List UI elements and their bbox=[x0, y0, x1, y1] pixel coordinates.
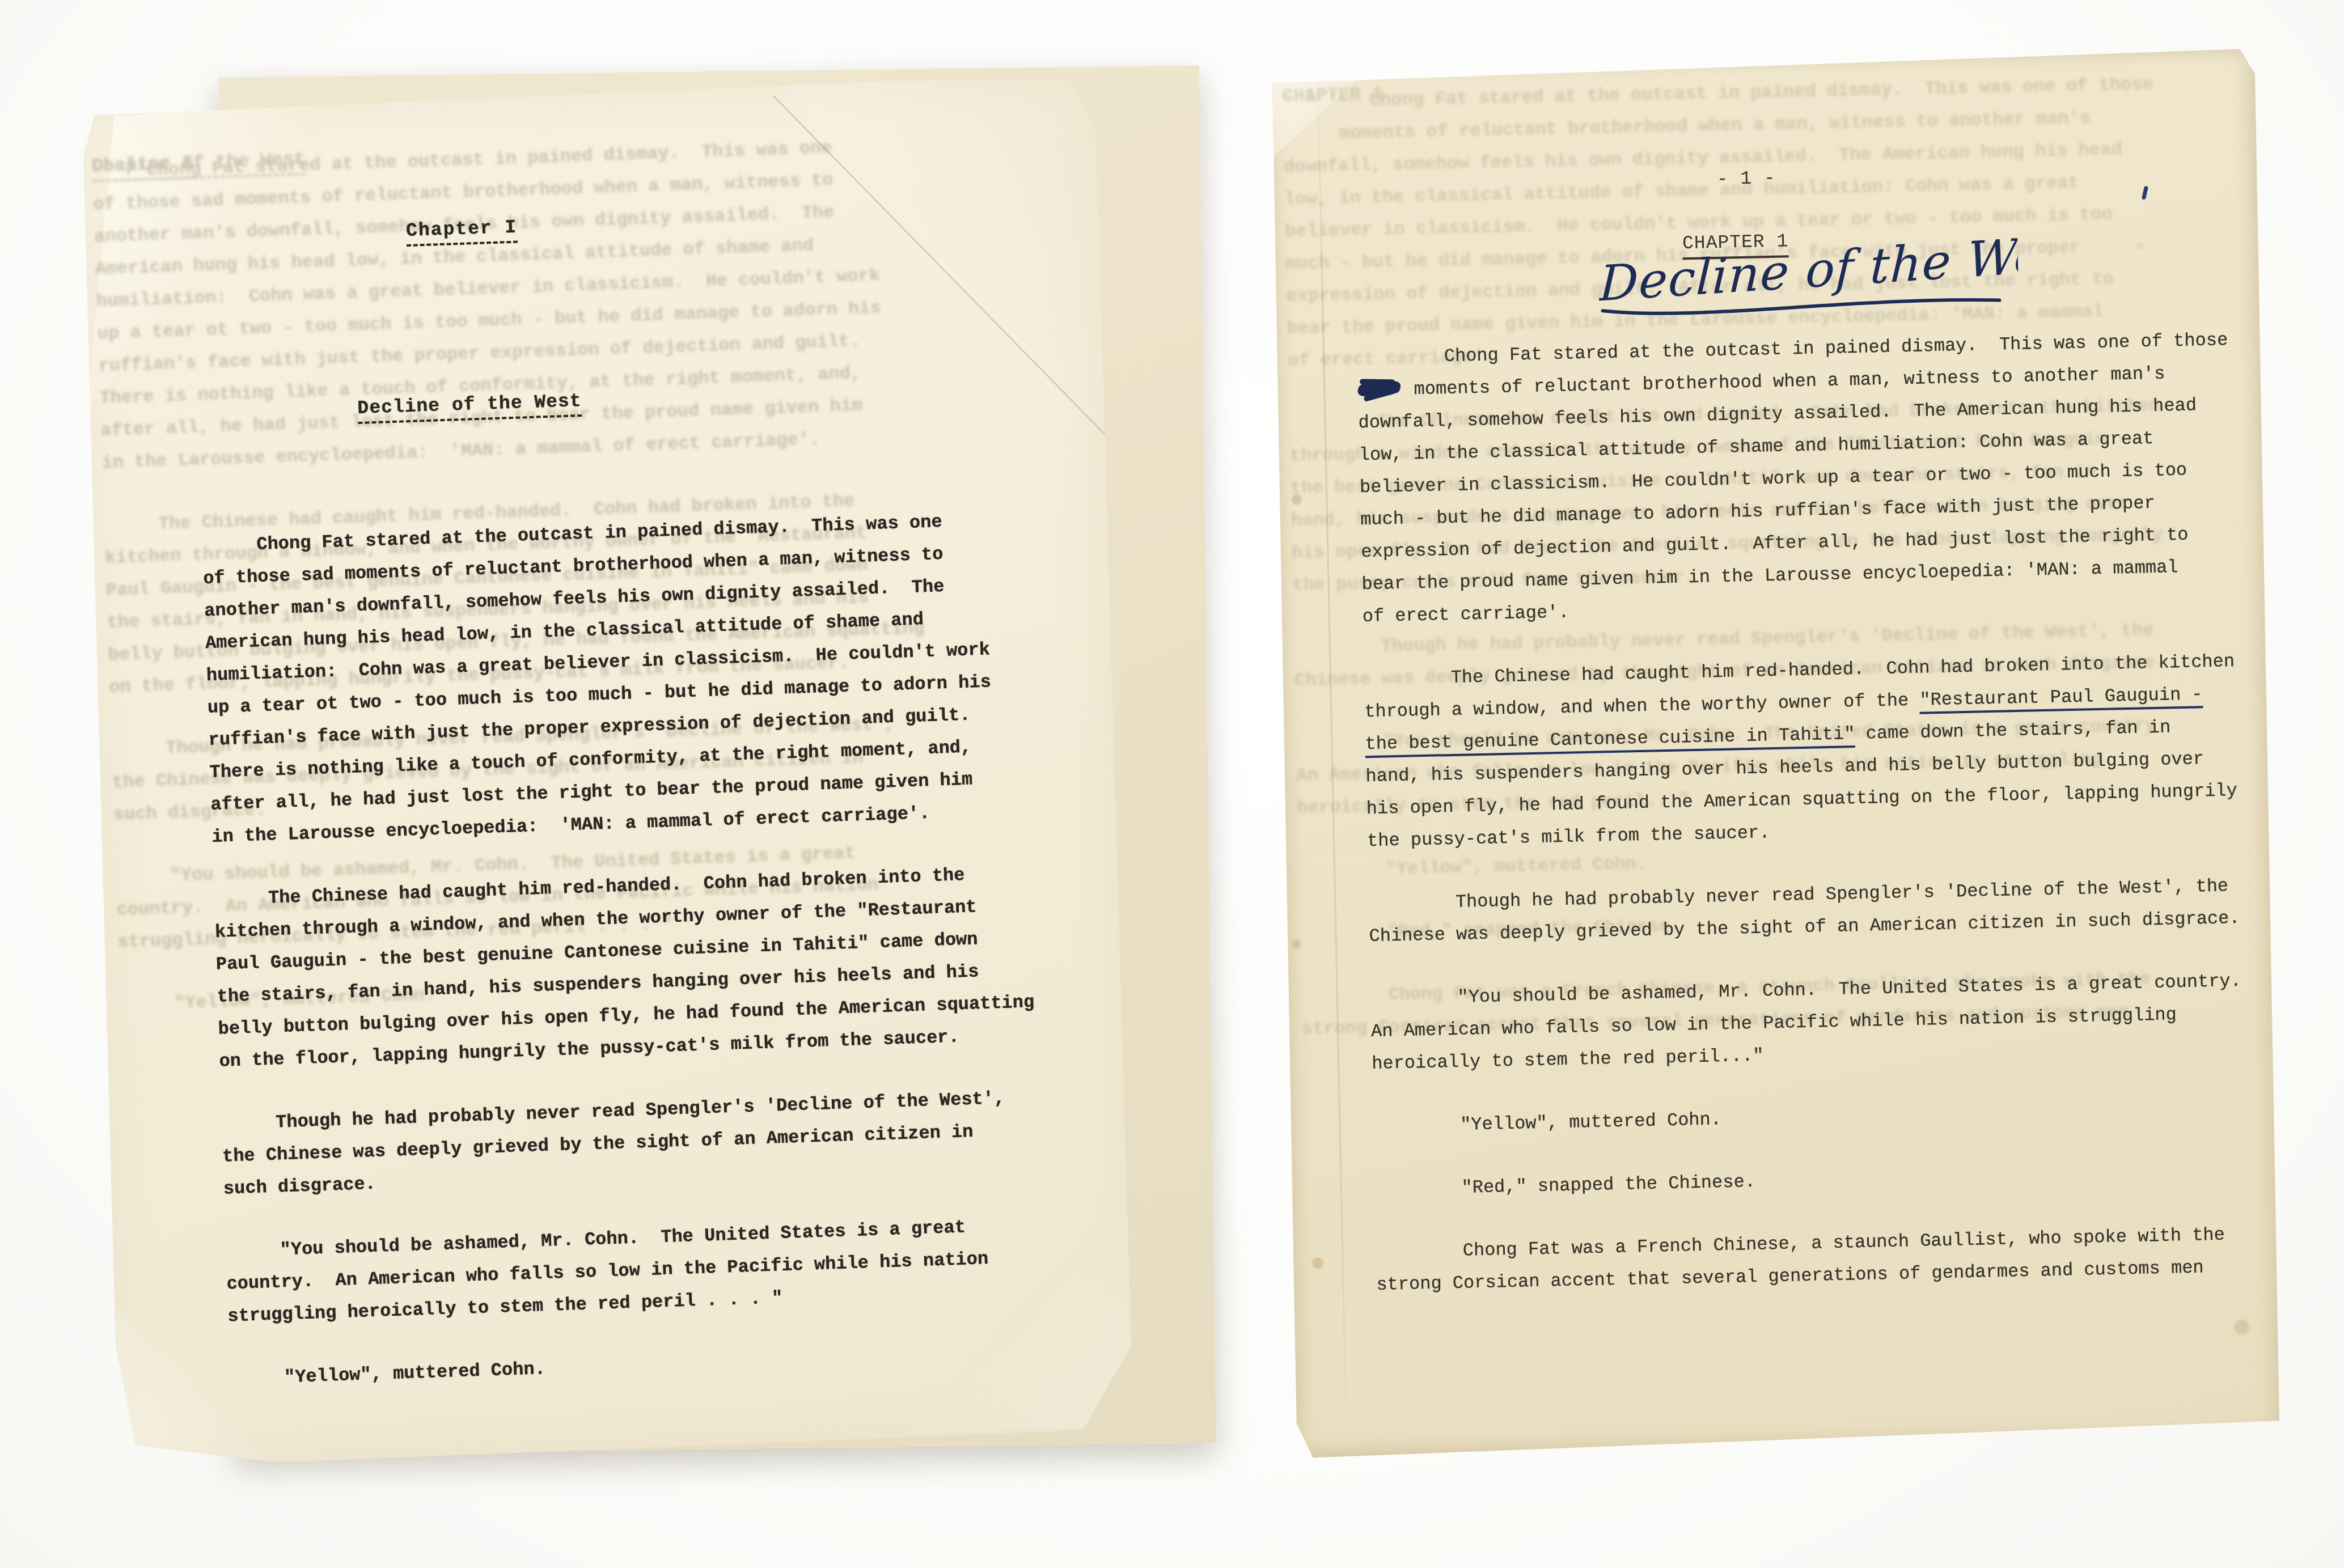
typed-body: Chong Fat stared at the outcast in paine… bbox=[202, 503, 1047, 1396]
stray-ink-mark bbox=[2142, 186, 2148, 200]
typed-text-layer: - 1 - CHAPTER 1 Decline of the West. Cho… bbox=[1268, 49, 2284, 1458]
typed-body: Chong Fat stared at the outcast in paine… bbox=[1357, 324, 2248, 1301]
title-heading-text: Decline of the West bbox=[357, 391, 582, 424]
typed-paragraph: "You should be ashamed, Mr. Cohn. The Un… bbox=[1370, 965, 2243, 1080]
typed-paragraph: The Chinese had caught him red-handed. C… bbox=[1364, 645, 2239, 857]
typed-text-layer: Chapter I Decline of the West Chong Fat … bbox=[69, 74, 1140, 1468]
ink-scribble-correction bbox=[1357, 380, 1401, 397]
chapter-heading-text: Chapter I bbox=[406, 217, 518, 247]
right-manuscript-page: - 1 - CHAPTER 1 Chong Fat stared at the … bbox=[1268, 49, 2284, 1458]
title-heading: Decline of the West bbox=[357, 391, 582, 419]
typed-paragraph: "Yellow", muttered Cohn. bbox=[1373, 1092, 2244, 1143]
blue-underlined-text: "Restaurant Paul Gauguin - bbox=[1919, 684, 2203, 714]
typed-paragraph: "Red," snapped the Chinese. bbox=[1374, 1155, 2245, 1206]
left-manuscript-page: Chapter I Decline of the West Chong Fat … bbox=[69, 74, 1140, 1468]
typed-line: "Yellow", muttered Cohn. bbox=[229, 1336, 1046, 1396]
photograph-background: { "document_type": "typewritten manuscri… bbox=[0, 0, 2344, 1568]
chapter-heading: Chapter I bbox=[406, 217, 518, 241]
typed-paragraph: Though he had probably never read Spengl… bbox=[1368, 870, 2240, 952]
typed-line: "Yellow", muttered Cohn. bbox=[1373, 1092, 2244, 1143]
typed-paragraph: Though he had probably never read Spengl… bbox=[221, 1081, 1040, 1205]
typed-text: came down the stairs, fan in bbox=[1855, 717, 2171, 744]
typed-paragraph: "You should be ashamed, Mr. Cohn. The Un… bbox=[225, 1209, 1044, 1333]
typed-paragraph: The Chinese had caught him red-handed. C… bbox=[213, 857, 1036, 1078]
typed-paragraph: Chong Fat was a French Chinese, a staunc… bbox=[1376, 1218, 2248, 1301]
handwritten-title: Decline of the West. bbox=[1598, 231, 2019, 330]
typed-paragraph: Chong Fat stared at the outcast in paine… bbox=[202, 503, 1029, 853]
typed-line: "Red," snapped the Chinese. bbox=[1374, 1155, 2245, 1206]
typed-paragraph: Chong Fat stared at the outcast in paine… bbox=[1357, 324, 2234, 633]
typed-text: through a window, and when the worthy ow… bbox=[1364, 690, 1920, 723]
page-number: - 1 - bbox=[1716, 168, 1776, 190]
typed-paragraph: "Yellow", muttered Cohn. bbox=[229, 1336, 1046, 1396]
